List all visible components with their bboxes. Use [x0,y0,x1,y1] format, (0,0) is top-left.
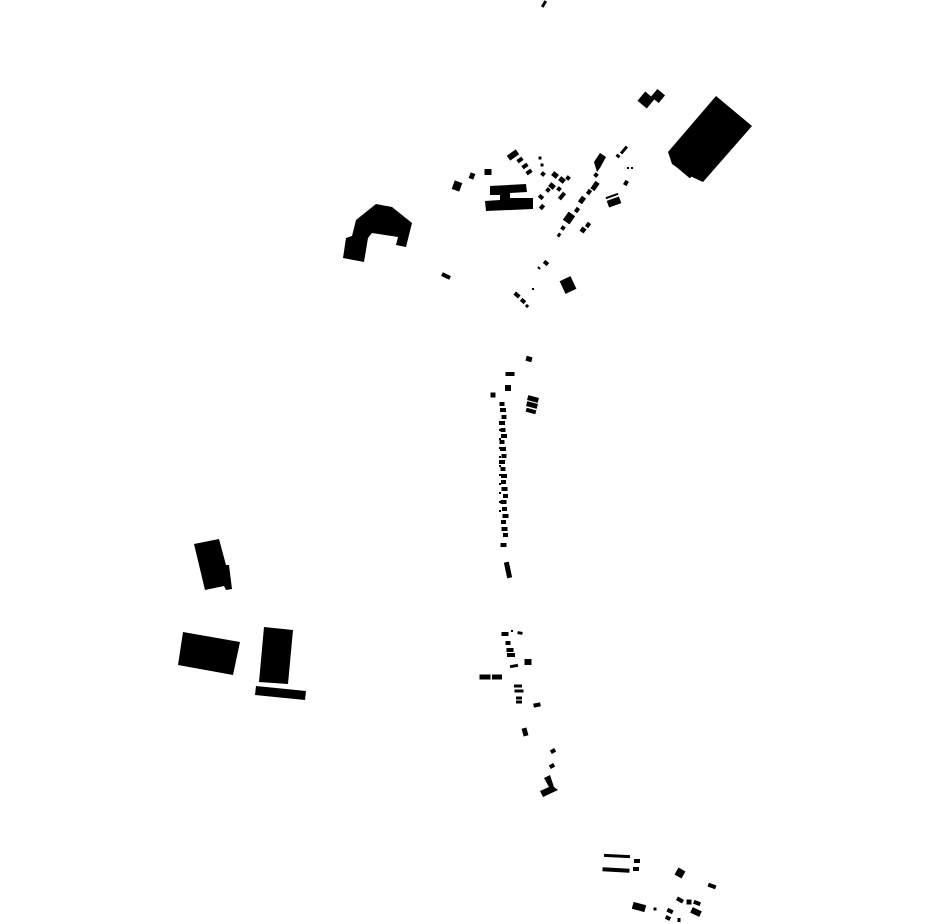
building [538,194,544,200]
building [593,172,599,178]
building [520,298,526,304]
southeast-group-buildings [602,854,716,922]
building [526,408,537,414]
building [480,675,491,680]
building [516,157,523,164]
building [511,630,513,632]
building [632,902,646,912]
building [543,260,549,266]
building [501,480,506,484]
building [578,196,586,205]
building [517,631,522,635]
building [194,539,232,590]
building [500,402,505,406]
building [631,167,633,169]
building [665,915,671,921]
building [633,867,639,871]
building [525,356,532,362]
building [540,171,546,177]
building [259,627,293,684]
building [506,641,511,645]
north-settlement-buildings [441,0,633,308]
building [678,918,681,922]
building [178,632,240,675]
building [505,385,511,391]
building [675,868,686,879]
building [594,153,606,172]
building [560,225,566,231]
building [499,465,501,467]
building [469,172,476,179]
building [499,438,501,440]
building [525,169,532,176]
building [501,434,507,438]
building [541,0,547,8]
building [499,474,501,476]
building [516,697,522,700]
building [513,292,520,299]
building [499,429,501,431]
building [537,266,541,269]
building [590,181,599,191]
building [501,428,506,432]
building [574,207,580,213]
building [500,408,506,412]
building [586,189,592,195]
building [499,447,501,449]
building [515,690,524,693]
building [502,487,508,491]
building [485,169,492,175]
building [502,415,507,419]
building [502,507,507,511]
building [550,748,556,754]
building [585,222,591,228]
building [693,900,701,906]
building [556,186,562,192]
building [507,648,514,652]
building [654,908,657,911]
building [525,304,529,308]
building [560,276,577,294]
building [623,180,629,186]
building [541,164,544,167]
building [539,157,542,160]
building [687,900,692,905]
building [539,204,545,210]
building [638,92,655,109]
building [514,685,522,688]
building [501,543,507,547]
building [502,632,509,636]
hook-building-w [343,204,412,262]
building [452,180,463,191]
building [516,701,522,704]
building [557,233,562,238]
building [525,659,532,665]
building [565,175,571,181]
building [501,474,507,478]
building [499,456,501,458]
building [501,520,506,524]
building [651,89,665,103]
building [545,187,551,193]
linear-village-buildings [491,356,539,579]
building [502,527,508,531]
building [485,184,533,211]
building [532,288,534,290]
building [499,421,505,425]
large-warehouse-ne [638,89,752,182]
building [510,664,518,668]
building [504,562,512,579]
building [551,171,559,179]
building [499,492,501,494]
building [499,501,501,503]
building [343,204,412,262]
building [492,675,502,680]
building [558,176,566,184]
building [563,212,575,225]
building [616,154,621,159]
building [522,727,529,736]
building [503,514,509,518]
building [676,897,684,904]
building [558,192,566,201]
building [507,149,519,160]
building [500,440,505,444]
building [620,146,628,155]
building [503,533,508,537]
building [499,460,505,464]
building [708,883,717,889]
building [491,393,496,398]
building [499,510,501,512]
building [499,483,501,485]
building [549,763,555,769]
building [501,467,506,471]
building [690,907,702,917]
building [634,859,640,863]
building [602,867,629,872]
building [255,686,306,700]
building [506,372,515,376]
building [533,702,541,707]
south-hamlet-buildings [480,630,559,797]
building [502,454,507,458]
west-blocks [178,539,306,700]
building [604,854,630,858]
building [441,272,451,279]
building [501,500,507,504]
building [503,494,508,498]
building-footprint-map [0,0,930,924]
building [507,653,515,657]
building [627,167,629,169]
building [666,908,673,914]
building [540,775,558,797]
building [580,227,587,234]
building [521,163,528,170]
